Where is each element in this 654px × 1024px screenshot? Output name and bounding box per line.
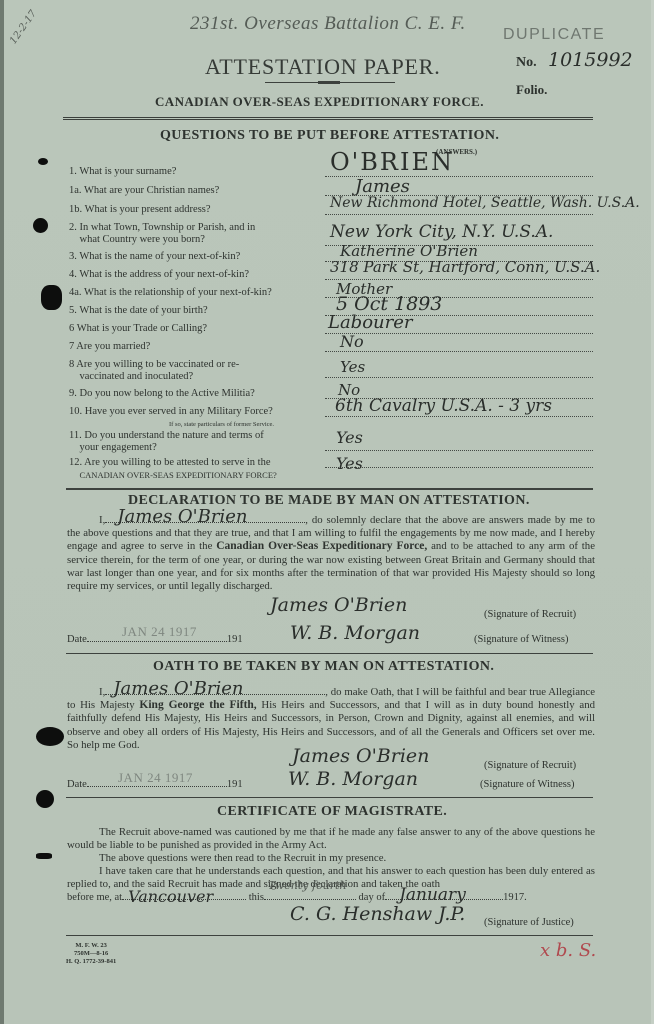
answer-christian-names: James (355, 176, 410, 197)
magistrate-day: Twenty fourth (268, 879, 347, 892)
question-6: 6 What is your Trade or Calling? (69, 323, 207, 335)
answer-married: No (340, 332, 364, 351)
answer-vaccinated: Yes (340, 358, 365, 376)
ink-mark (36, 853, 52, 859)
magistrate-heading: CERTIFICATE OF MAGISTRATE. (217, 804, 447, 820)
oath-name: James O'Brien (113, 682, 243, 695)
magistrate-place-date-line: before me, atVancouver thisTwenty fourth… (67, 892, 607, 903)
punch-hole-blot (36, 790, 54, 808)
answer-willing-to-serve: Yes (336, 454, 363, 473)
magistrate-divider (66, 935, 593, 936)
answer-next-of-kin-address: 318 Park St, Hartford, Conn, U.S.A. (330, 258, 600, 276)
declaration-name: James O'Brien (117, 510, 247, 523)
battalion-stamp: 231st. Overseas Battalion C. E. F. (190, 13, 466, 35)
magistrate-year: 1917. (503, 892, 527, 903)
ink-mark (38, 158, 48, 165)
magistrate-para-2: The above questions were then read to th… (67, 852, 595, 865)
question-4a: 4a. What is the relationship of your nex… (69, 287, 272, 299)
regimental-number-label: No. (516, 55, 537, 71)
answer-surname: O'BRIEN (330, 148, 454, 176)
corner-pencil-note: 12-2-17 (8, 8, 39, 46)
question-7: 7 Are you married? (69, 341, 150, 353)
answer-understand-terms: Yes (336, 428, 363, 447)
question-9: 9. Do you now belong to the Active Milit… (69, 388, 255, 400)
question-2: 2. In what Town, Township or Parish, and… (69, 222, 255, 246)
answer-line-7 (325, 351, 593, 352)
magistrate-month: January (399, 885, 466, 905)
answer-trade: Labourer (328, 312, 413, 333)
declaration-witness-signature-label: (Signature of Witness) (474, 634, 568, 645)
question-1a: 1a. What are your Christian names? (69, 185, 219, 197)
answer-line-6 (325, 333, 593, 334)
punch-hole-blot (41, 285, 62, 310)
declaration-date-field: Date191 (67, 634, 243, 645)
oath-recruit-signature: James O'Brien (292, 745, 429, 767)
oath-witness-signature: W. B. Morgan (288, 768, 418, 790)
oath-date-field: Date191 (67, 779, 243, 790)
punch-hole-blot (33, 218, 48, 233)
page-title: ATTESTATION PAPER. (205, 54, 441, 80)
question-3: 3. What is the name of your next-of-kin? (69, 251, 240, 263)
declaration-recruit-signature: James O'Brien (270, 594, 407, 616)
answer-line-10 (325, 416, 593, 417)
page-edge-shadow (0, 0, 4, 1024)
declaration-recruit-signature-label: (Signature of Recruit) (484, 609, 576, 620)
answer-present-address: New Richmond Hotel, Seattle, Wash. U.S.A… (330, 195, 640, 211)
regimental-number-value: 1015992 (548, 49, 633, 71)
oath-witness-signature-label: (Signature of Witness) (480, 779, 574, 790)
question-4: 4. What is the address of your next-of-k… (69, 269, 249, 281)
question-11: 11. Do you understand the nature and ter… (69, 430, 264, 454)
magistrate-para-1: The Recruit above-named was cautioned by… (67, 826, 595, 852)
magistrate-place: Vancouver (128, 887, 213, 906)
declaration-text: I,James O'Brien, do solemnly declare tha… (67, 514, 595, 593)
answer-line-1b (325, 214, 593, 215)
question-8: 8 Are you willing to be vaccinated or re… (69, 359, 239, 383)
questions-divider (66, 488, 593, 490)
punch-hole-blot (36, 727, 64, 746)
oath-divider (66, 797, 593, 798)
answer-line-8 (325, 377, 593, 378)
answer-line-12 (325, 467, 593, 468)
folio-label: Folio. (516, 82, 547, 98)
question-1: 1. What is your surname? (69, 166, 176, 178)
answer-birthplace: New York City, N.Y. U.S.A. (330, 222, 553, 242)
question-12: 12. Are you willing to be attested to se… (69, 457, 277, 482)
duplicate-stamp: DUPLICATE (503, 26, 605, 44)
oath-text: I,James O'Brien, do make Oath, that I wi… (67, 686, 595, 752)
declaration-witness-signature: W. B. Morgan (290, 622, 420, 644)
oath-heading: OATH TO BE TAKEN BY MAN ON ATTESTATION. (153, 659, 494, 675)
oath-recruit-signature-label: (Signature of Recruit) (484, 760, 576, 771)
question-10: 10. Have you ever served in any Military… (69, 406, 274, 431)
declaration-divider (66, 653, 593, 654)
header-divider (63, 117, 593, 120)
answer-line-11 (325, 450, 593, 451)
red-annotation: x b. S. (540, 940, 596, 961)
justice-signature: C. G. Henshaw J.P. (290, 903, 465, 925)
title-rule-ornament (318, 81, 340, 84)
form-code: M. F. W. 23 750M—8-16 H. Q. 1772-39-841 (66, 942, 116, 966)
answer-military-service: 6th Cavalry U.S.A. - 3 yrs (335, 396, 552, 416)
justice-signature-label: (Signature of Justice) (484, 917, 574, 928)
page-subtitle: CANADIAN OVER-SEAS EXPEDITIONARY FORCE. (155, 94, 484, 110)
attestation-paper: 12-2-17 231st. Overseas Battalion C. E. … (0, 0, 654, 1024)
questions-heading: QUESTIONS TO BE PUT BEFORE ATTESTATION. (160, 128, 499, 144)
question-1b: 1b. What is your present address? (69, 204, 211, 216)
question-5: 5. What is the date of your birth? (69, 305, 208, 317)
